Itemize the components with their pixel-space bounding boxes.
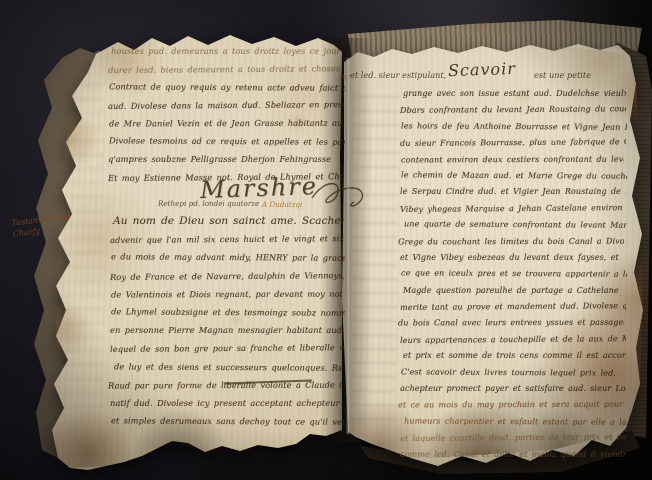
handwritten-line: Au nom de Dieu son sainct ame. Scachent … [110,212,344,230]
handwritten-line: lequel de son bon gre pour sa franche et… [110,338,344,358]
handwritten-line: Magde question pareulhe de partage a Cat… [400,283,626,299]
left-page-act-text: Au nom de Dieu son sainct ame. Scachent … [110,212,344,430]
ink-showthrough-left [64,84,104,414]
registration-note: Rethepi pd. londei quatorze [158,199,259,208]
handwritten-line: contenant environ deux cestiers confront… [398,151,624,168]
handwritten-line: et prix et somme de trois cens comme il … [400,348,626,364]
handwritten-line: le Serpau Cindre dud. et Vigier Jean Rou… [400,184,626,200]
left-page-closing-text: houstes pud. demeurans a tous droitz loy… [108,42,344,186]
handwritten-line: grange avec son issue estant aud. Dudelc… [400,86,626,102]
handwritten-line: et laquelle courtille desd. parties de l… [400,429,626,447]
handwritten-line: les hoirs de feu Anthoine Bourrasse et V… [401,118,627,136]
folio-mark: 8 [476,24,483,35]
handwritten-line: de Mre Daniel Vezin et de Jean Grasse ha… [106,114,342,133]
handwritten-line: Raud par pure forme de liberalle volonte… [108,375,342,394]
handwritten-line: de Lhymel soubzsigne et des tesmoingz so… [111,302,345,322]
handwritten-line: Divolese tesmoins ad ce requis et appell… [109,131,345,150]
handwritten-line: et Vigne Vibey esbezeas du levant deux f… [400,250,626,266]
handwritten-line: advenir que l'an mil six cens huict et l… [110,229,344,249]
handwritten-line: aud. Divolese dans la maison dud. Sbelia… [108,95,344,115]
right-page-act-text: grange avec son issue estant aud. Dudelc… [400,86,626,463]
handwritten-line: houstes pud. demeurans a tous droitz loy… [108,42,344,60]
handwritten-line: achepteur promect payer et satisfaire au… [400,381,626,397]
manuscript-photo: houstes pud. demeurans a tous droitz loy… [0,0,652,480]
handwritten-line: Dbars confrontant du levant Jean Roustai… [400,102,626,120]
handwritten-line: Grege du couchant les limites du bois Ca… [398,233,624,250]
handwritten-line: e du mois de may advant midy, HENRY par … [111,248,345,268]
handwritten-line: q'ampres soubzne Pelligrasse Dherjon Feh… [108,150,344,168]
page-crease [346,58,349,434]
registration-note-sepia: A Dudatzqi [262,200,302,209]
handwritten-line: Roy de France et de Navarre, daulphin de… [110,266,344,286]
handwritten-line: le chemin de Mazan aud. et Marie Grege d… [401,167,627,185]
handwritten-line: du sieur Francois Bourrasse, plus une fa… [400,134,626,152]
handwritten-line: C'est scavoir deux livres tournois leque… [401,364,627,382]
right-first-line-post: est une petite [534,70,591,80]
handwritten-line: de luy et des siens et successeurs quelc… [111,357,345,377]
handwritten-line: Contract de quoy requis ay retenu acte a… [109,77,345,96]
handwritten-line: durer lesd. biens demeurent a tous droit… [108,59,344,79]
handwritten-line: de Valentinois et Diois regnant, par dev… [108,284,342,303]
handwritten-line: et ce au mois du may prochain et sera ac… [398,397,624,414]
handwritten-line: et simples desrumeaux sans dechoy tout c… [111,411,345,431]
handwritten-line: natif dud. Divolese icy present acceptan… [110,394,344,412]
handwritten-line: merite tant au prove et mandement dud. D… [400,298,626,316]
scavoir-word: Scavoir [448,59,517,80]
handwritten-line: humeurs charpentier et esfault estant pa… [401,413,627,431]
handwritten-line: comme led. Canal et delte et mablz quand… [400,447,626,463]
handwritten-line: en personne Pierre Magnan mesnagier habi… [110,321,344,339]
handwritten-line: Vibey yhegeas Marquise a Jehan Castelane… [400,200,626,218]
handwritten-line: du bois Canal avec leurs entrees yssues … [398,315,624,332]
handwritten-line: une quarte de semature confrontant du le… [401,216,627,234]
handwritten-line: ce que en iceulx pres et se trouvera app… [401,266,627,284]
handwritten-line: leurs appartenances a touchepille et de … [400,331,626,349]
